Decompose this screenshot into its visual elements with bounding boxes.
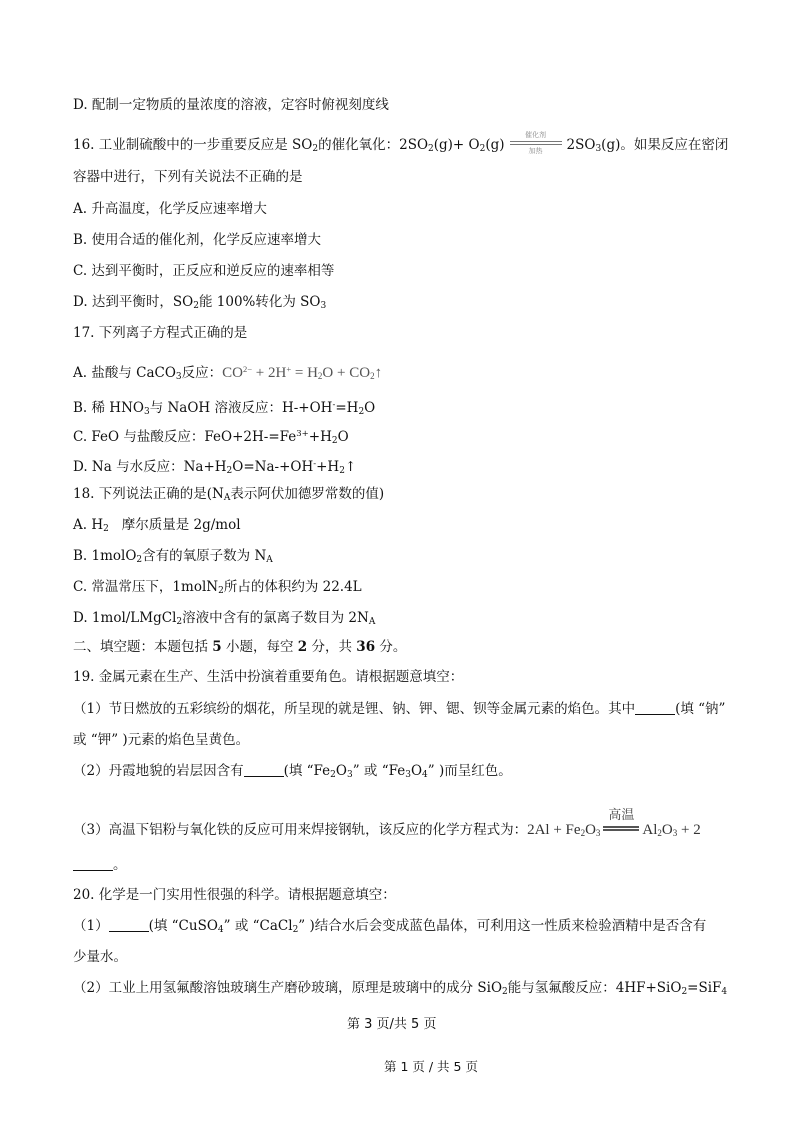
text: 36 (356, 639, 375, 655)
text: 的催化氧化：2SO (318, 137, 428, 153)
text: 能与氢氟酸反应：4HF+SiO (508, 980, 682, 996)
answer-blank[interactable] (109, 918, 149, 932)
text: 能 100%转化为 SO (199, 294, 321, 310)
text: 16. 工业制硫酸中的一步重要反应是 SO (73, 137, 312, 153)
text: 3 (320, 301, 326, 311)
text: A (369, 617, 376, 627)
text: 5 (212, 639, 221, 655)
thermite-equation: 2Al + Fe2O3高温Al2O3 + 2 (527, 822, 701, 838)
text: 4 (721, 987, 727, 997)
text: D. 1mol/LMgCl (73, 610, 176, 626)
text: 与 NaOH 溶液反应：H-+OH (150, 400, 333, 416)
text: (g)+ O (434, 137, 480, 153)
text: 二、填空题：本题包括 (73, 639, 212, 655)
text: 所占的体积约为 22.4L (224, 579, 362, 595)
text: B. 1molO (73, 548, 136, 564)
q19-part-3-cont: 。 (73, 856, 127, 874)
q15-option-d: D. 配制一定物质的量浓度的溶液，定容时俯视刻度线 (73, 96, 389, 114)
text: O (411, 763, 422, 779)
text: Al (642, 822, 657, 838)
q16-option-b: B. 使用合适的催化剂，化学反应速率增大 (73, 231, 321, 249)
text: CO (222, 365, 243, 381)
text: O (364, 400, 375, 416)
text: C. 常温常压下，1molN (73, 579, 218, 595)
text: A. 盐酸与 CaCO (73, 365, 176, 381)
q18-option-a: A. H2 摩尔质量是 2g/mol (73, 516, 241, 538)
text: 分。 (375, 639, 406, 655)
text: 摩尔质量是 2g/mol (109, 517, 241, 533)
q20-stem: 20. 化学是一门实用性很强的科学。请根据题意填空： (73, 886, 396, 904)
text: （3）高温下铝粉与氧化铁的反应可用来焊接钢轨，该反应的化学方程式为： (73, 822, 527, 838)
text: =H (335, 400, 358, 416)
up-arrow-icon: ↑ (375, 365, 383, 381)
text: 2− (243, 364, 252, 374)
reversible-arrow-icon: 催化剂加热 (508, 134, 564, 152)
text: 2 (298, 639, 307, 655)
text: 20. 化学是一门实用性很强的科学。请根据题意填空： (73, 887, 396, 903)
q16-stem: 16. 工业制硫酸中的一步重要反应是 SO2的催化氧化：2SO2(g)+ O2(… (73, 134, 728, 158)
q16-option-a: A. 升高温度，化学反应速率增大 (73, 200, 267, 218)
q17-option-b: B. 稀 HNO3与 NaOH 溶液反应：H-+OH-=H2O (73, 396, 375, 421)
text: O=Na-+OH (232, 459, 313, 475)
text: O (662, 822, 673, 838)
text: + 2 (677, 822, 700, 838)
text: ” )而呈红色。 (428, 763, 512, 779)
text: （2）丹霞地貌的岩层因含有 (73, 763, 244, 779)
text: 。 (113, 857, 127, 873)
text: (填 “CuSO (149, 918, 218, 934)
text: 含有的氧原子数为 N (142, 548, 266, 564)
text: +H (316, 459, 339, 475)
text: C. 达到平衡时，正反应和逆反应的速率相等 (73, 263, 334, 279)
text: 3+ (296, 429, 309, 439)
q18-option-d: D. 1mol/LMgCl2溶液中含有的氯离子数目为 2NA (73, 609, 375, 631)
text: 反应： (182, 365, 223, 381)
text: A. 升高温度，化学反应速率增大 (73, 201, 267, 217)
catalyst-label: 催化剂 (508, 132, 564, 139)
text: (填 “Fe (284, 763, 331, 779)
text: O (585, 822, 596, 838)
q20-part-1-cont: 少量水。 (73, 948, 127, 966)
text: 溶液中含有的氯离子数目为 2N (182, 610, 369, 626)
q17-option-c: C. FeO 与盐酸反应：FeO+2H-=Fe3++H2O (73, 425, 349, 450)
q17-stem: 17. 下列离子方程式正确的是 (73, 324, 247, 342)
text: B. 稀 HNO (73, 400, 144, 416)
text: （1） (73, 918, 109, 934)
answer-blank[interactable] (244, 763, 284, 777)
text: ” 或 “CaCl (224, 918, 293, 934)
text: D. Na 与水反应：Na+H (73, 459, 227, 475)
text: ” 或 “Fe (353, 763, 406, 779)
text: 少量水。 (73, 949, 127, 965)
text: (g)。如果反应在密闭 (601, 137, 728, 153)
q19-part-1: （1）节日燃放的五彩缤纷的烟花，所呈现的就是锂、钠、钾、锶、钡等金属元素的焰色。… (73, 700, 725, 718)
up-arrow-icon: ↑ (345, 459, 356, 475)
text: 17. 下列离子方程式正确的是 (73, 325, 247, 341)
text: D. 达到平衡时，SO (73, 294, 193, 310)
answer-blank[interactable] (635, 701, 675, 715)
q17-option-d: D. Na 与水反应：Na+H2O=Na-+OH-+H2↑ (73, 455, 356, 480)
text: + 2H (252, 365, 286, 381)
answer-blank[interactable] (73, 857, 113, 871)
text: B. 使用合适的催化剂，化学反应速率增大 (73, 232, 321, 248)
text: (g) (485, 137, 504, 153)
q16-stem-cont: 容器中进行，下列有关说法不正确的是 (73, 168, 303, 186)
text: 或 “钾” )元素的焰色呈黄色。 (73, 732, 249, 748)
text: 19. 金属元素在生产、生活中扮演着重要角色。请根据题意填空： (73, 669, 463, 685)
text: 18. 下列说法正确的是(N (73, 486, 224, 502)
text: C. FeO 与盐酸反应：FeO+2H-=Fe (73, 429, 296, 445)
q19-part-2: （2）丹霞地貌的岩层因含有(填 “Fe2O3” 或 “Fe3O4” )而呈红色。 (73, 762, 512, 784)
text: 2Al + Fe (527, 822, 580, 838)
text: 分，共 (307, 639, 356, 655)
text: 表示阿伏加德罗常数的值) (230, 486, 384, 502)
text: （2）工业上用氢氟酸溶蚀玻璃生产磨砂玻璃，原理是玻璃中的成分 SiO (73, 980, 502, 996)
heat-label: 加热 (508, 148, 564, 155)
q18-option-c: C. 常温常压下，1molN2所占的体积约为 22.4L (73, 578, 362, 600)
q19-stem: 19. 金属元素在生产、生活中扮演着重要角色。请根据题意填空： (73, 668, 463, 686)
text: A. H (73, 517, 103, 533)
q19-part-1-cont: 或 “钾” )元素的焰色呈黄色。 (73, 731, 249, 749)
inner-page-number: 第 3 页/共 5 页 (347, 1013, 436, 1032)
text: = H (291, 365, 318, 381)
text: ” )结合水后会变成蓝色晶体，可利用这一性质来检验酒精中是否含有 (298, 918, 706, 934)
q18-option-b: B. 1molO2含有的氧原子数为 NA (73, 547, 273, 569)
text: 容器中进行，下列有关说法不正确的是 (73, 169, 303, 185)
q20-part-1: （1）(填 “CuSO4” 或 “CaCl2” )结合水后会变成蓝色晶体，可利用… (73, 917, 706, 939)
q19-part-3: （3）高温下铝粉与氧化铁的反应可用来焊接钢轨，该反应的化学方程式为：2Al + … (73, 808, 701, 842)
text: 3 (596, 828, 601, 838)
text: 2SO (567, 137, 596, 153)
q17-option-a: A. 盐酸与 CaCO3反应：CO2− + 2H+ = H2O + CO2↑ (73, 360, 382, 386)
text: 小题，每空 (222, 639, 298, 655)
high-temp-equals-icon: 高温 (601, 808, 641, 838)
condition-label: 高温 (601, 806, 641, 824)
text: O (338, 429, 349, 445)
ionic-equation: CO2− + 2H+ = H2O + CO2↑ (222, 365, 382, 381)
section-2-heading: 二、填空题：本题包括 5 小题，每空 2 分，共 36 分。 (73, 638, 406, 656)
q20-part-2: （2）工业上用氢氟酸溶蚀玻璃生产磨砂玻璃，原理是玻璃中的成分 SiO2能与氢氟酸… (73, 979, 727, 1001)
text: =SiF (687, 980, 721, 996)
text: （1）节日燃放的五彩缤纷的烟花，所呈现的就是锂、钠、钾、锶、钡等金属元素的焰色。… (73, 701, 635, 717)
outer-page-number: 第 1 页 / 共 5 页 (384, 1057, 478, 1075)
text: O + CO (322, 365, 370, 381)
text: A (266, 555, 273, 565)
text: +H (309, 429, 332, 445)
q18-stem: 18. 下列说法正确的是(NA表示阿伏加德罗常数的值) (73, 485, 384, 507)
text: O (336, 763, 347, 779)
text: (填 “钠” (675, 701, 725, 717)
text: D. 配制一定物质的量浓度的溶液，定容时俯视刻度线 (73, 97, 389, 113)
q16-option-d: D. 达到平衡时，SO2能 100%转化为 SO3 (73, 293, 326, 315)
q16-option-c: C. 达到平衡时，正反应和逆反应的速率相等 (73, 262, 334, 280)
